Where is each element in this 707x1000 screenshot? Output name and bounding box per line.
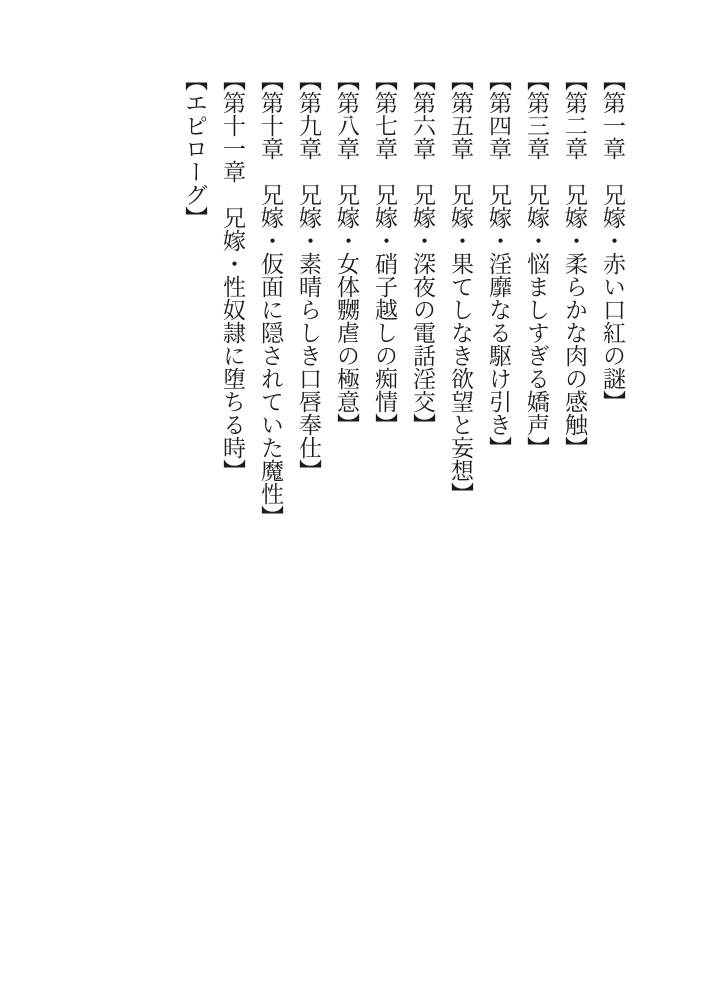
toc-entry-chapter-5: 【第五章 兄嫁・果てしなき欲望と妄想】 xyxy=(441,68,479,528)
toc-entry-chapter-1: 【第一章 兄嫁・赤い口紅の謎】 xyxy=(593,68,631,528)
toc-entry-chapter-11: 【第十一章 兄嫁・性奴隷に堕ちる時】 xyxy=(213,68,251,528)
toc-entry-epilogue: 【エピローグ】 xyxy=(175,68,213,528)
toc-entry-chapter-2: 【第二章 兄嫁・柔らかな肉の感触】 xyxy=(555,68,593,528)
toc-entry-chapter-4: 【第四章 兄嫁・淫靡なる駆け引き】 xyxy=(479,68,517,528)
toc-entry-chapter-6: 【第六章 兄嫁・深夜の電話淫交】 xyxy=(403,68,441,528)
toc-entry-chapter-3: 【第三章 兄嫁・悩ましすぎる嬌声】 xyxy=(517,68,555,528)
toc-entry-chapter-7: 【第七章 兄嫁・硝子越しの痴情】 xyxy=(365,68,403,528)
toc-entry-chapter-10: 【第十章 兄嫁・仮面に隠されていた魔性】 xyxy=(251,68,289,528)
toc-entry-chapter-8: 【第八章 兄嫁・女体嬲虐の極意】 xyxy=(327,68,365,528)
table-of-contents: 【第一章 兄嫁・赤い口紅の謎】 【第二章 兄嫁・柔らかな肉の感触】 【第三章 兄… xyxy=(175,68,631,528)
toc-entry-chapter-9: 【第九章 兄嫁・素晴らしき口唇奉仕】 xyxy=(289,68,327,528)
